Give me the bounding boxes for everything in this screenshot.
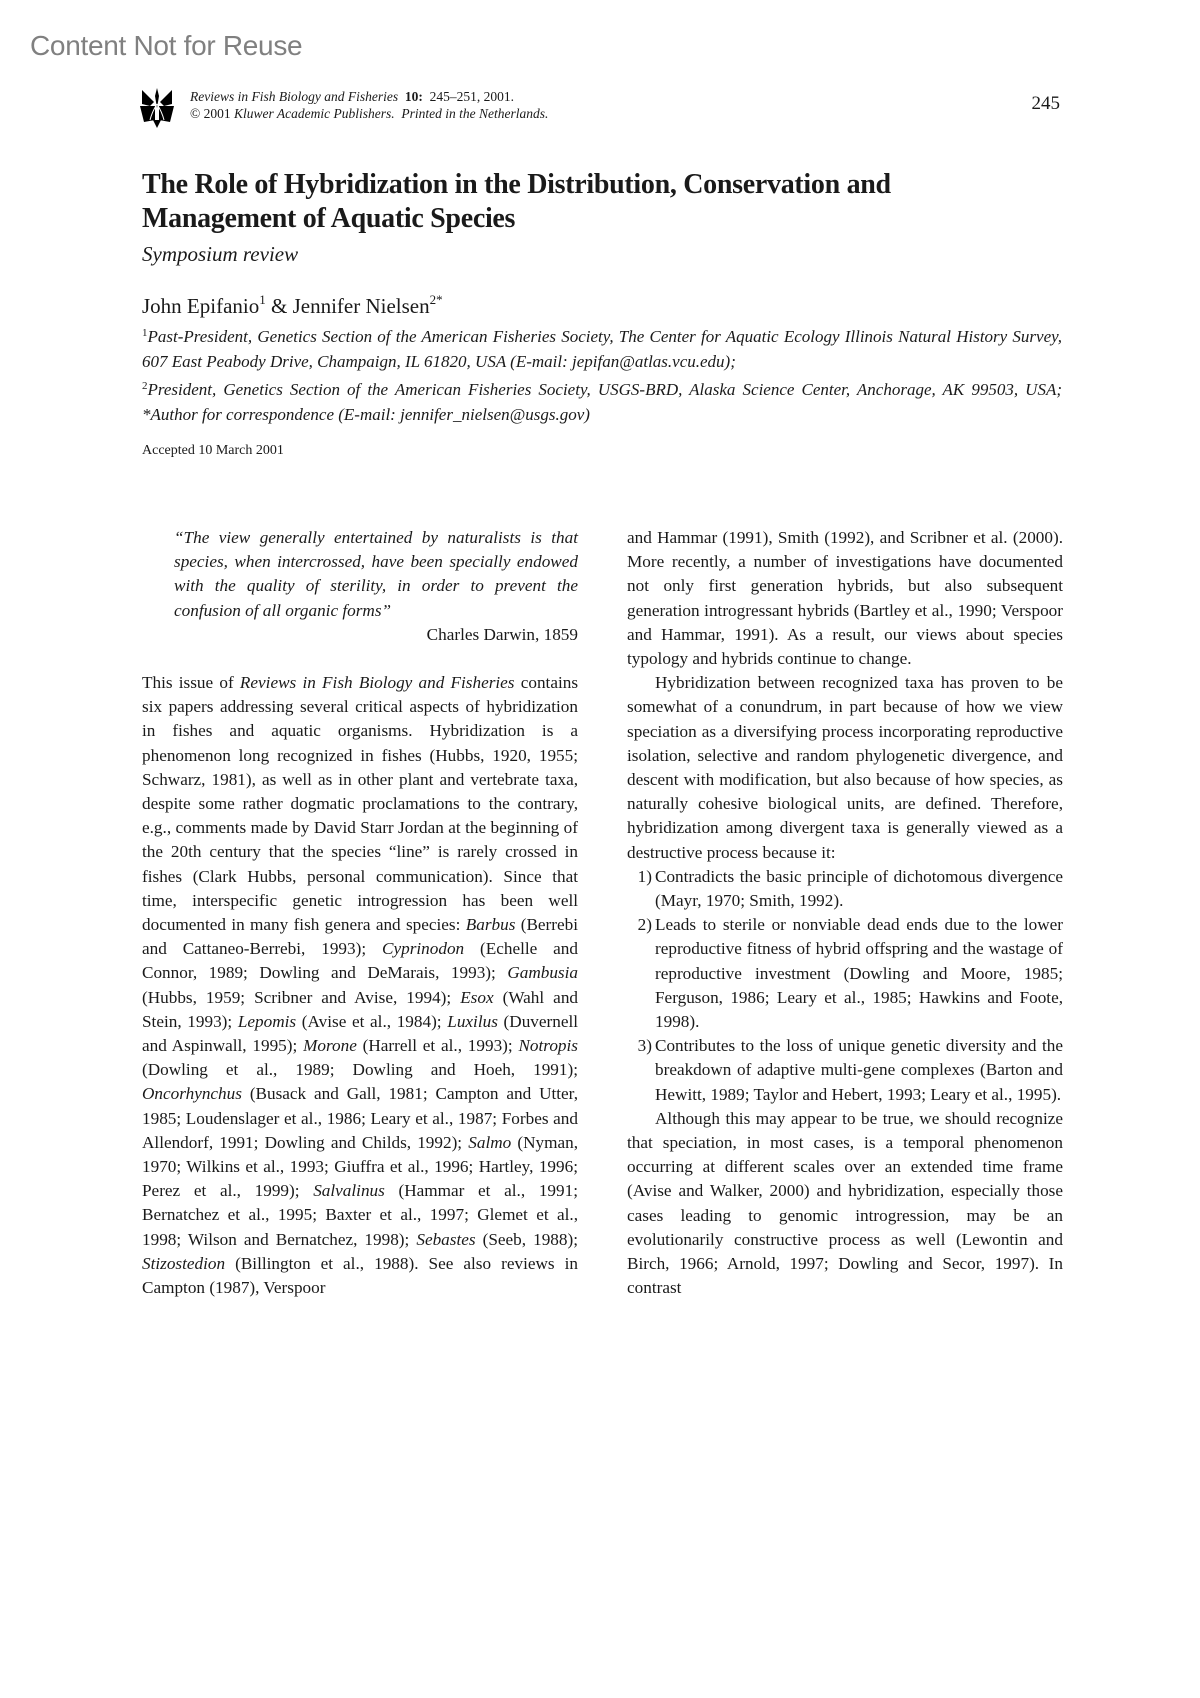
list-item: 2) Leads to sterile or nonviable dead en… bbox=[627, 913, 1063, 1034]
author-list: John Epifanio1 & Jennifer Nielsen2* bbox=[142, 292, 443, 319]
list-number: 2) bbox=[627, 913, 655, 1034]
printed-in: Printed in the Netherlands. bbox=[401, 106, 548, 121]
list-text: Leads to sterile or nonviable dead ends … bbox=[655, 913, 1063, 1034]
affiliation-text: Past-President, Genetics Section of the … bbox=[142, 327, 1062, 371]
author-name: John Epifanio bbox=[142, 294, 259, 318]
text-run: contains six papers addressing several c… bbox=[142, 673, 578, 934]
article-title: The Role of Hybridization in the Distrib… bbox=[142, 168, 1042, 236]
taxon-name: Salmo bbox=[468, 1133, 511, 1152]
body-paragraph: This issue of Reviews in Fish Biology an… bbox=[142, 671, 578, 1300]
taxon-name: Sebastes bbox=[416, 1230, 475, 1249]
list-item: 3) Contributes to the loss of unique gen… bbox=[627, 1034, 1063, 1107]
taxon-name: Oncorhynchus bbox=[142, 1084, 242, 1103]
list-item: 1) Contradicts the basic principle of di… bbox=[627, 865, 1063, 913]
affiliations: 1Past-President, Genetics Section of the… bbox=[142, 321, 1062, 427]
list-text: Contributes to the loss of unique geneti… bbox=[655, 1034, 1063, 1107]
taxon-name: Salvalinus bbox=[313, 1181, 385, 1200]
right-column: and Hammar (1991), Smith (1992), and Scr… bbox=[627, 526, 1063, 1301]
taxon-name: Gambusia bbox=[507, 963, 578, 982]
epigraph-quote: “The view generally entertained by natur… bbox=[174, 526, 578, 623]
journal-pages-year: 245–251, 2001. bbox=[430, 89, 514, 104]
watermark: Content Not for Reuse bbox=[30, 30, 302, 62]
taxon-name: Cyprinodon bbox=[382, 939, 464, 958]
taxon-name: Luxilus bbox=[447, 1012, 498, 1031]
left-column: “The view generally entertained by natur… bbox=[142, 526, 578, 1300]
author-name: Jennifer Nielsen bbox=[293, 294, 430, 318]
taxon-name: Stizostedion bbox=[142, 1254, 225, 1273]
list-number: 3) bbox=[627, 1034, 655, 1107]
taxon-refs: (Seeb, 1988); bbox=[476, 1230, 578, 1249]
taxon-refs: (Hubbs, 1959; Scribner and Avise, 1994); bbox=[142, 988, 460, 1007]
epigraph-attribution: Charles Darwin, 1859 bbox=[142, 623, 578, 647]
journal-header: Reviews in Fish Biology and Fisheries 10… bbox=[140, 86, 1060, 126]
list-text: Contradicts the basic principle of dicho… bbox=[655, 865, 1063, 913]
body-paragraph: and Hammar (1991), Smith (1992), and Scr… bbox=[627, 526, 1063, 671]
numbered-list: 1) Contradicts the basic principle of di… bbox=[627, 865, 1063, 1107]
article-subtitle: Symposium review bbox=[142, 242, 298, 267]
taxon-name: Notropis bbox=[518, 1036, 578, 1055]
body-paragraph: Although this may appear to be true, we … bbox=[627, 1107, 1063, 1301]
list-number: 1) bbox=[627, 865, 655, 913]
journal-reference: Reviews in Fish Biology and Fisheries bbox=[240, 673, 515, 692]
journal-citation: Reviews in Fish Biology and Fisheries 10… bbox=[190, 88, 548, 122]
taxon-name: Barbus bbox=[466, 915, 516, 934]
taxon-refs: (Dowling et al., 1989; Dowling and Hoeh,… bbox=[142, 1060, 578, 1079]
taxon-name: Lepomis bbox=[238, 1012, 296, 1031]
taxon-name: Morone bbox=[303, 1036, 357, 1055]
page-number: 245 bbox=[1032, 93, 1061, 115]
taxon-refs: (Avise et al., 1984); bbox=[296, 1012, 447, 1031]
accepted-date: Accepted 10 March 2001 bbox=[142, 443, 284, 459]
affiliation-text: President, Genetics Section of the Ameri… bbox=[142, 380, 1062, 424]
taxon-name: Esox bbox=[460, 988, 493, 1007]
journal-volume: 10: bbox=[405, 89, 423, 104]
author-separator: & bbox=[266, 294, 293, 318]
taxon-refs: (Harrell et al., 1993); bbox=[357, 1036, 519, 1055]
body-paragraph: Hybridization between recognized taxa ha… bbox=[627, 671, 1063, 865]
kluwer-logo-icon bbox=[140, 86, 174, 128]
publisher: Kluwer Academic Publishers. bbox=[234, 106, 395, 121]
copyright: © 2001 bbox=[190, 106, 231, 121]
author-sup: 2* bbox=[430, 292, 443, 307]
journal-name: Reviews in Fish Biology and Fisheries bbox=[190, 89, 398, 104]
text-run: This issue of bbox=[142, 673, 240, 692]
